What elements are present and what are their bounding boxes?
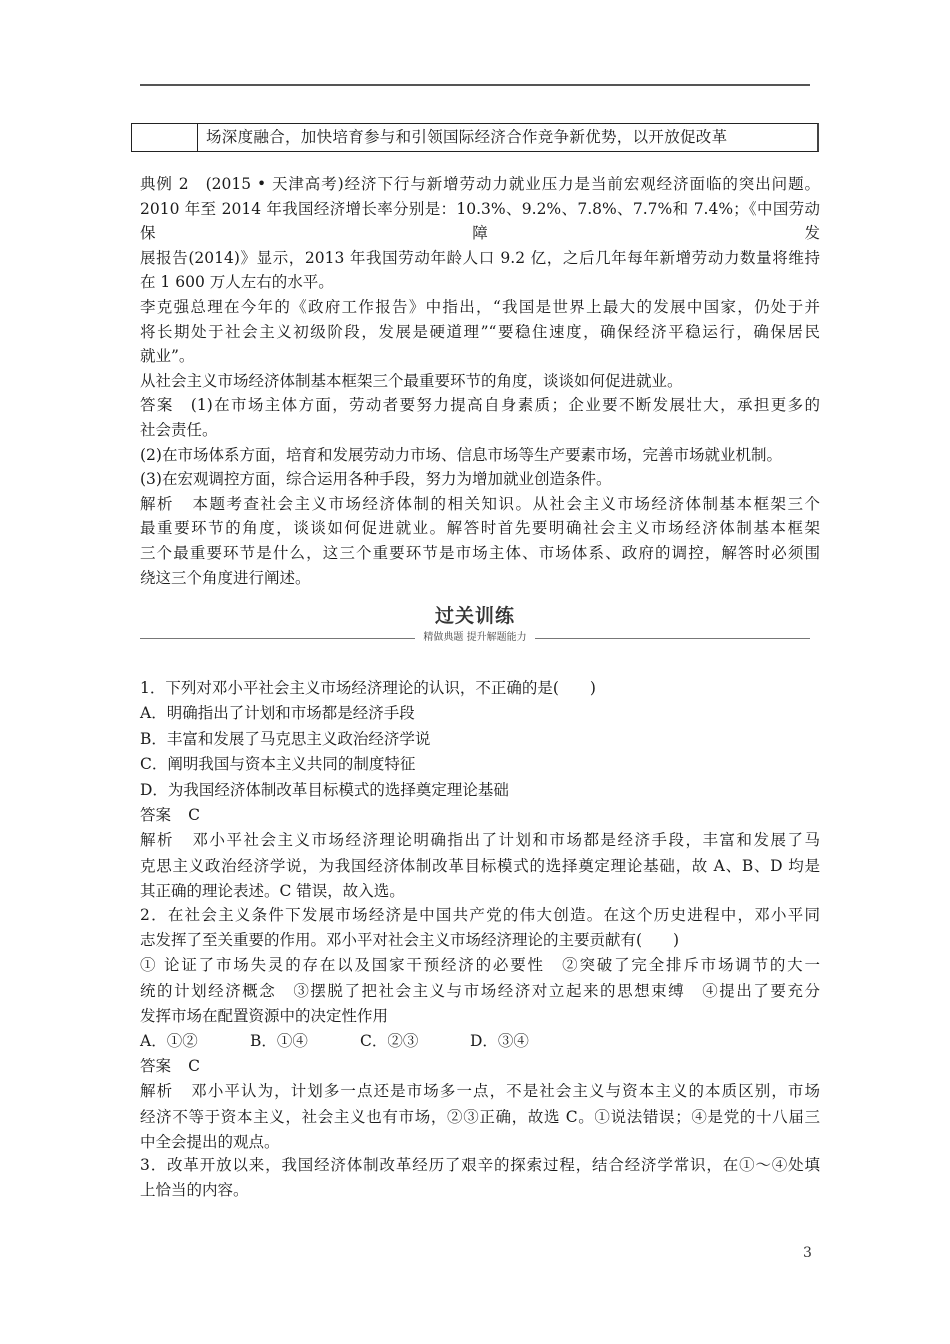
section-divider-left: [140, 638, 415, 639]
example-2-quote-line1: 李克强总理在今年的《政府工作报告》中指出，“我国是世界上最大的发展中国家，仍处于…: [140, 295, 820, 320]
question-1-analysis-line1: 解析邓小平社会主义市场经济理论明确指出了计划和市场都是经济手段，丰富和发展了马: [140, 828, 820, 853]
example-2-intro-line3: 展报告(2014)》显示，2013 年我国劳动年龄人口 9.2 亿，之后几年每年…: [140, 246, 820, 271]
analysis-label: 解析: [140, 1082, 173, 1100]
answer-label: 答案: [140, 1057, 171, 1075]
analysis-label: 解析: [140, 495, 174, 513]
question-3-stem-line2: 上恰当的内容。: [140, 1178, 820, 1203]
example-2-answer-2: (2)在市场体系方面，培育和发展劳动力市场、信息市场等生产要素市场，完善市场就业…: [140, 443, 820, 468]
section-title: 过关训练: [140, 603, 810, 629]
question-2-answer: 答案C: [140, 1054, 820, 1079]
question-2-analysis-line2: 经济不等于资本主义，社会主义也有市场，②③正确，故选 C。①说法错误；④是党的十…: [140, 1105, 820, 1130]
question-2-options: A．①② B．①④ C．②③ D．③④: [140, 1029, 820, 1054]
page-number: 3: [803, 1245, 812, 1261]
example-2-question: 从社会主义市场经济体制基本框架三个最重要环节的角度，谈谈如何促进就业。: [140, 369, 820, 394]
example-2-intro-line1: 典例 2(2015 • 天津高考)经济下行与新增劳动力就业压力是当前宏观经济面临…: [140, 172, 820, 197]
question-2-stem-line1: 2．在社会主义条件下发展市场经济是中国共产党的伟大创造。在这个历史进程中，邓小平…: [140, 903, 820, 928]
example-2-intro-line2: 2010 年至 2014 年我国经济增长率分别是：10.3%、9.2%、7.8%…: [140, 197, 820, 246]
section-divider-right: [535, 638, 810, 639]
answer-value: C: [188, 1057, 200, 1075]
example-2-analysis-line4: 绕这三个角度进行阐述。: [140, 566, 820, 591]
example-2-analysis-line2: 最重要环节的角度，谈谈如何促进就业。解答时首先要明确社会主义市场经济体制基本框架: [140, 516, 820, 541]
example-2-quote-line2: 将长期处于社会主义初级阶段，发展是硬道理”“要稳住速度，确保经济平稳运行，确保居…: [140, 320, 820, 345]
table-cell-right: 场深度融合，加快培育参与和引领国际经济合作竞争新优势，以开放促改革: [198, 124, 817, 151]
question-3: 3．改革开放以来，我国经济体制改革经历了艰辛的探索过程，结合经济学常识，在①～④…: [140, 1153, 820, 1202]
answer-label: 答案: [140, 396, 174, 414]
question-1-answer: 答案C: [140, 803, 820, 828]
question-1-analysis-line2: 克思主义政治经济学说，为我国经济体制改革目标模式的选择奠定理论基础，故 A、B、…: [140, 854, 820, 879]
example-2-answer-3: (3)在宏观调控方面，综合运用各种手段，努力为增加就业创造条件。: [140, 467, 820, 492]
question-1-option-c: C．阐明我国与资本主义共同的制度特征: [140, 752, 820, 777]
example-2-quote-line3: 就业”。: [140, 344, 820, 369]
question-3-stem-line1: 3．改革开放以来，我国经济体制改革经历了艰辛的探索过程，结合经济学常识，在①～④…: [140, 1153, 820, 1178]
question-2-statements-line2: 统的计划经济概念 ③摆脱了把社会主义与市场经济对立起来的思想束缚 ④提出了要充分: [140, 979, 820, 1004]
question-2-option-d: D．③④: [470, 1029, 580, 1054]
section-header: 过关训练 精做典题 提升解题能力: [140, 603, 810, 645]
question-2: 2．在社会主义条件下发展市场经济是中国共产党的伟大创造。在这个历史进程中，邓小平…: [140, 903, 820, 1155]
question-2-option-b: B．①④: [250, 1029, 360, 1054]
example-2-answer-1: 答案(1)在市场主体方面，劳动者要努力提高自身素质；企业要不断发展壮大，承担更多…: [140, 393, 820, 418]
header-rule: [140, 84, 810, 86]
question-2-analysis-line1: 解析邓小平认为，计划多一点还是市场多一点，不是社会主义与资本主义的本质区别，市场: [140, 1079, 820, 1104]
example-source: (2015 • 天津高考): [206, 175, 344, 193]
table-cell-left: [132, 124, 198, 151]
example-2: 典例 2(2015 • 天津高考)经济下行与新增劳动力就业压力是当前宏观经济面临…: [140, 172, 820, 590]
question-1-stem: 1．下列对邓小平社会主义市场经济理论的认识，不正确的是( ): [140, 676, 820, 701]
question-2-option-a: A．①②: [140, 1029, 250, 1054]
example-2-analysis-line1: 解析本题考查社会主义市场经济体制的相关知识。从社会主义市场经济体制基本框架三个: [140, 492, 820, 517]
answer-label: 答案: [140, 806, 171, 824]
section-subtitle-row: 精做典题 提升解题能力: [140, 631, 810, 645]
section-subtitle: 精做典题 提升解题能力: [415, 631, 534, 645]
example-label: 典例 2: [140, 175, 189, 193]
example-2-analysis-line3: 三个最重要环节是什么，这三个重要环节是市场主体、市场体系、政府的调控，解答时必须…: [140, 541, 820, 566]
question-2-option-c: C．②③: [360, 1029, 470, 1054]
example-2-answer-1-cont: 社会责任。: [140, 418, 820, 443]
question-1-option-d: D．为我国经济体制改革目标模式的选择奠定理论基础: [140, 778, 820, 803]
question-2-analysis-line3: 中全会提出的观点。: [140, 1130, 820, 1155]
answer-value: C: [188, 806, 200, 824]
continued-table-row: 场深度融合，加快培育参与和引领国际经济合作竞争新优势，以开放促改革: [131, 123, 819, 152]
question-2-statements-line1: ① 论证了市场失灵的存在以及国家干预经济的必要性 ②突破了完全排斥市场调节的大一: [140, 953, 820, 978]
question-2-statements-line3: 发挥市场在配置资源中的决定性作用: [140, 1004, 820, 1029]
question-1-analysis-line3: 其正确的理论表述。C 错误，故入选。: [140, 879, 820, 904]
question-1-option-b: B．丰富和发展了马克思主义政治经济学说: [140, 727, 820, 752]
example-2-intro-line4: 在 1 600 万人左右的水平。: [140, 270, 820, 295]
analysis-label: 解析: [140, 831, 174, 849]
question-2-stem-line2: 志发挥了至关重要的作用。邓小平对社会主义市场经济理论的主要贡献有( ): [140, 928, 820, 953]
question-1-option-a: A．明确指出了计划和市场都是经济手段: [140, 701, 820, 726]
question-1: 1．下列对邓小平社会主义市场经济理论的认识，不正确的是( ) A．明确指出了计划…: [140, 676, 820, 905]
